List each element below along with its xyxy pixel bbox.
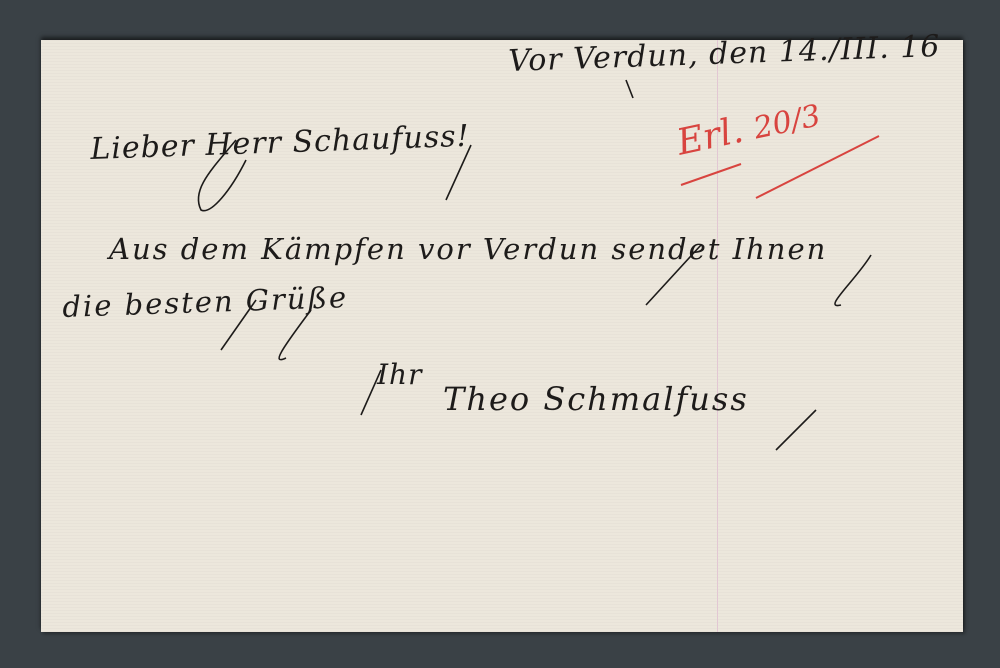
descender-ihnen	[835, 255, 871, 306]
descender-signature	[776, 410, 816, 450]
descender-schaufuss	[446, 145, 471, 200]
descender-gruesse	[279, 310, 311, 360]
descender-ihr	[361, 370, 381, 415]
letter-card: Vor Verdun, den 14./III. 16 Erl. 20/3 Li…	[41, 40, 963, 632]
red-underline-short	[681, 164, 741, 185]
descender-besten	[221, 300, 256, 350]
descender-lieber	[198, 140, 246, 211]
red-underline-long	[756, 136, 879, 198]
pen-flourishes	[41, 40, 963, 632]
descender-sendet	[646, 245, 701, 305]
date-underline	[626, 80, 633, 98]
